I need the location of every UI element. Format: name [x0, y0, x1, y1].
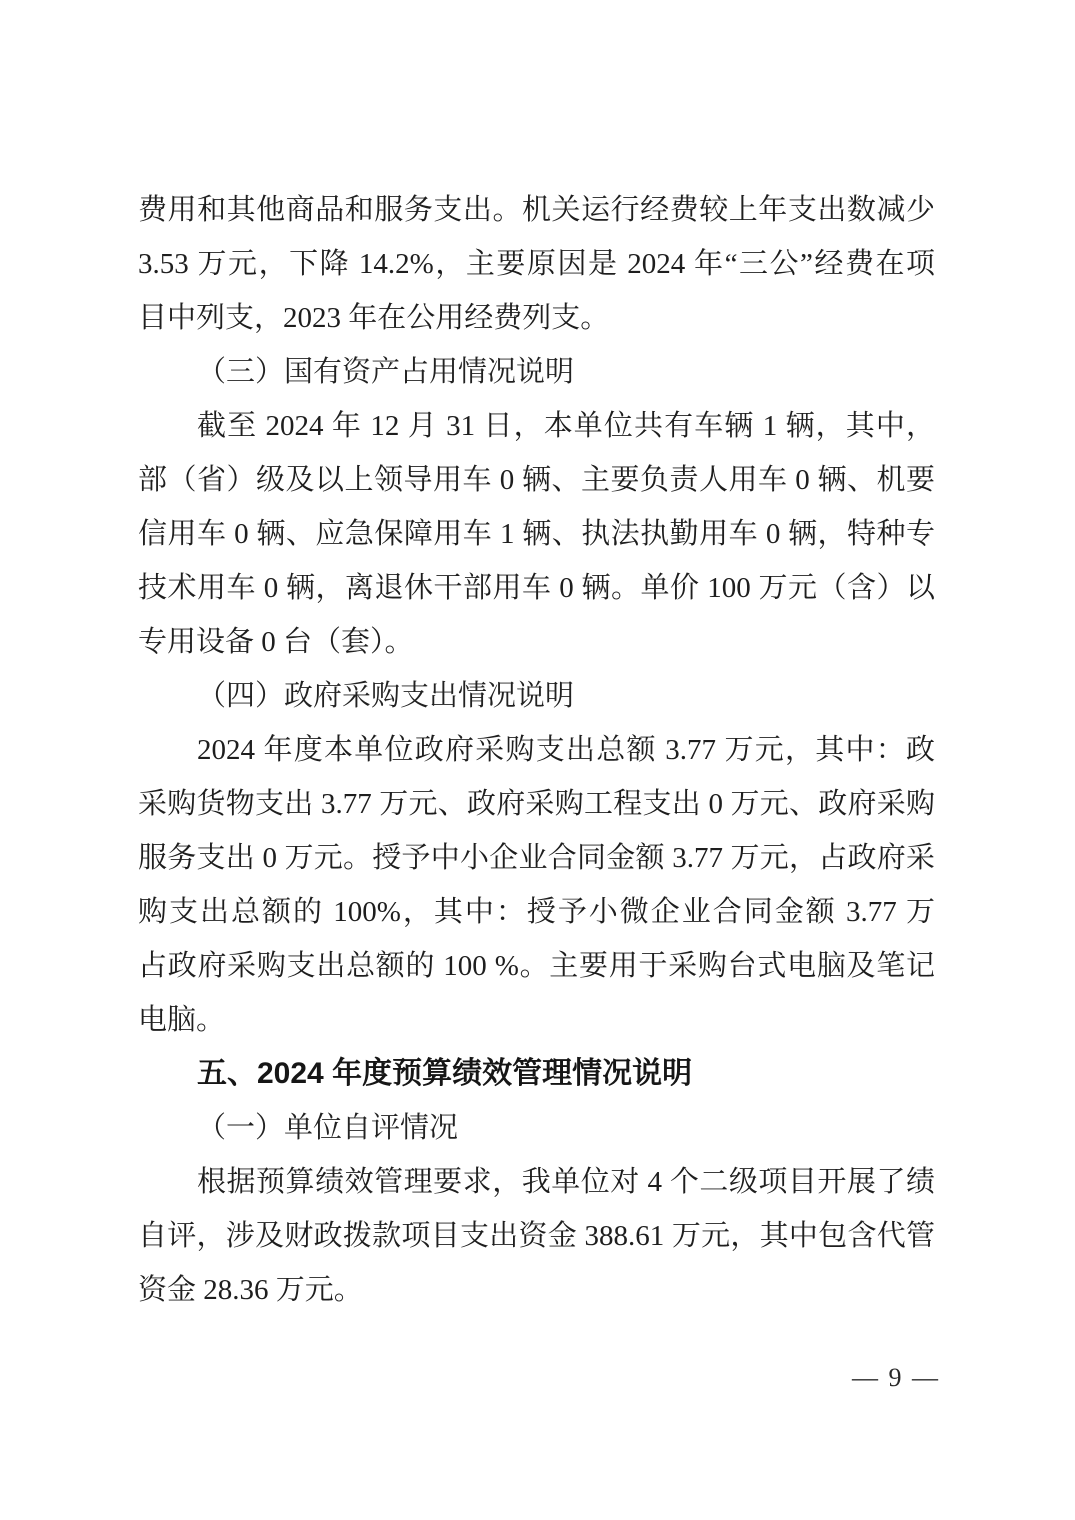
section-heading-one: （一）单位自评情况	[138, 1101, 935, 1155]
paragraph-line: 部（省）级及以上领导用车 0 辆、主要负责人用车 0 辆、机要通	[138, 453, 935, 507]
paragraph-line: 技术用车 0 辆，离退休干部用车 0 辆。单价 100 万元（含）以上	[138, 561, 935, 615]
paragraph-line: 自评，涉及财政拨款项目支出资金 388.61 万元，其中包含代管	[138, 1209, 935, 1263]
paragraph-line: 购支出总额的 100%，其中：授予小微企业合同金额 3.77 万元，	[138, 885, 935, 939]
document-page: 费用和其他商品和服务支出。机关运行经费较上年支出数减少 3.53 万元，下降 1…	[0, 0, 1075, 1520]
paragraph-line: 资金 28.36 万元。	[138, 1263, 935, 1317]
paragraph-line: 2024 年度本单位政府采购支出总额 3.77 万元，其中：政府	[138, 723, 935, 777]
paragraph-line: 专用设备 0 台（套）。	[138, 615, 935, 669]
paragraph-line: 信用车 0 辆、应急保障用车 1 辆、执法执勤用车 0 辆，特种专业	[138, 507, 935, 561]
paragraph-line: 采购货物支出 3.77 万元、政府采购工程支出 0 万元、政府采购	[138, 777, 935, 831]
chapter-heading-five: 五、2024 年度预算绩效管理情况说明	[138, 1047, 935, 1101]
paragraph-line: 根据预算绩效管理要求，我单位对 4 个二级项目开展了绩效	[138, 1155, 935, 1209]
paragraph-line: 目中列支，2023 年在公用经费列支。	[138, 291, 935, 345]
paragraph-line: 服务支出 0 万元。授予中小企业合同金额 3.77 万元，占政府采	[138, 831, 935, 885]
section-heading-three: （三）国有资产占用情况说明	[138, 345, 935, 399]
paragraph-line: 电脑。	[138, 993, 935, 1047]
paragraph-line: 3.53 万元，下降 14.2%，主要原因是 2024 年“三公”经费在项	[138, 237, 935, 291]
paragraph-line: 占政府采购支出总额的 100 %。主要用于采购台式电脑及笔记本	[138, 939, 935, 993]
page-number: — 9 —	[852, 1363, 940, 1393]
paragraph-line: 截至 2024 年 12 月 31 日，本单位共有车辆 1 辆，其中，副	[138, 399, 935, 453]
document-body: 费用和其他商品和服务支出。机关运行经费较上年支出数减少 3.53 万元，下降 1…	[138, 183, 935, 1317]
paragraph-line: 费用和其他商品和服务支出。机关运行经费较上年支出数减少	[138, 183, 935, 237]
section-heading-four: （四）政府采购支出情况说明	[138, 669, 935, 723]
